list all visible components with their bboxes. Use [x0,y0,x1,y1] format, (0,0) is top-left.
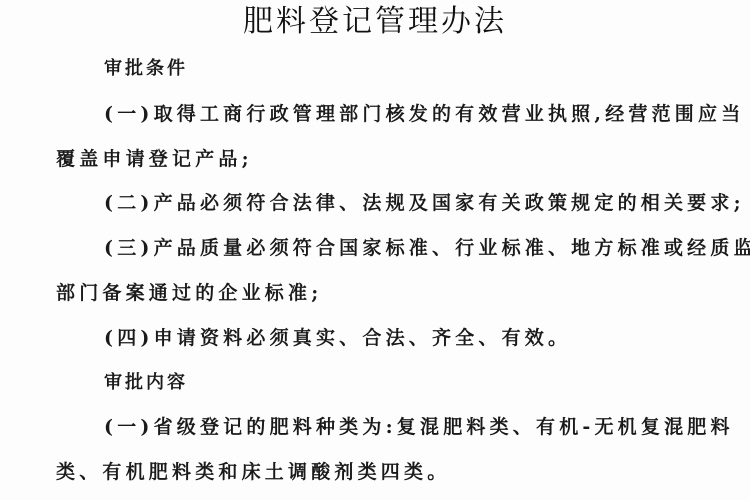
paragraph-line: (二)产品必须符合法律、法规及国家有关政策规定的相关要求; [104,190,745,216]
paragraph-line: 覆盖申请登记产品; [56,146,253,172]
paragraph-line: (三)产品质量必须符合国家标准、行业标准、地方标准或经质监 [104,235,750,261]
document-page: 肥料登记管理办法 审批条件 (一)取得工商行政管理部门核发的有效营业执照,经营范… [0,0,750,500]
paragraph-line: 类、有机肥料类和床土调酸剂类四类。 [56,459,450,485]
paragraph-line: (一)省级登记的肥料种类为:复混肥料类、有机-无机复混肥料 [104,414,734,440]
document-title: 肥料登记管理办法 [0,2,750,42]
paragraph-line: (一)取得工商行政管理部门核发的有效营业执照,经营范围应当 [104,101,744,127]
section-heading-approval-conditions: 审批条件 [104,56,188,82]
paragraph-line: 部门备案通过的企业标准; [56,280,322,306]
paragraph-line: (四)申请资料必须真实、合法、齐全、有效。 [104,325,571,351]
section-heading-approval-content: 审批内容 [104,370,188,396]
